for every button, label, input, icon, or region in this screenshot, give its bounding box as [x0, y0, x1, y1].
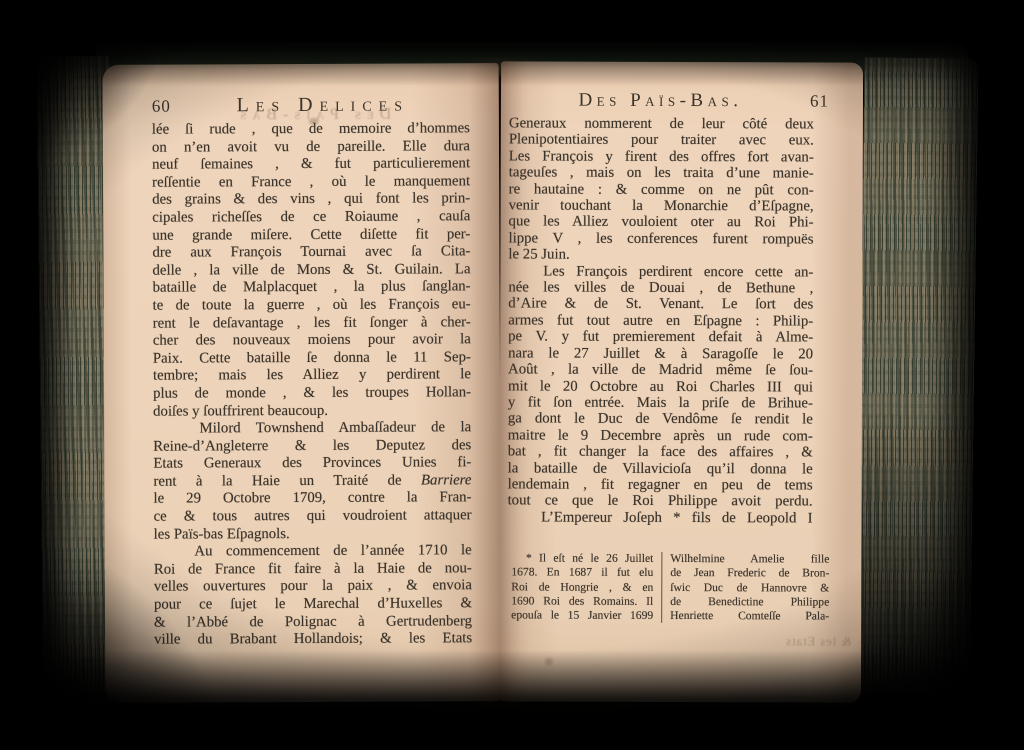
footnote-column-1: * Il eſt né le 26 Juillet1678. En 1687 i…: [511, 552, 661, 624]
page-61-header: Des Païs-Bas. 61: [511, 89, 829, 112]
text-line: bat , fit changer la face des affaires ,…: [508, 444, 813, 461]
text-line: Wilhelmine Amelie fille: [670, 552, 829, 567]
text-line: des grains & des vins , qui font les pri…: [152, 191, 470, 210]
text-line: velles ouvertures pour la paix , & envoi…: [154, 578, 472, 597]
text-line: mit le 20 Octobre au Roi Charles III qui: [508, 378, 813, 395]
text-line: cher des nouveaux moiens pour avoir la: [153, 331, 471, 350]
text-line: armes fut tout autre en Eſpagne : Philip…: [508, 312, 813, 329]
text-line: Au commencement de l’année 1710 le: [154, 543, 472, 562]
text-line: neuf ſemaines , & fut particulierement: [152, 155, 470, 174]
text-line: nara le 27 Juillet & à Saragoſſe le 20: [508, 345, 813, 362]
text-line: Les François y firent des offres fort av…: [509, 148, 814, 165]
text-line: plus de monde , & les troupes Hollan-: [153, 384, 471, 403]
text-line: une grande miſere. Cette diſette fit per…: [152, 226, 470, 245]
text-line: née les villes de Douai , de Bethune ,: [508, 279, 813, 296]
text-line: tageuſes , mais on les traita d’une mani…: [509, 165, 814, 182]
text-line: L’Empereur Joſeph * fils de Leopold I: [507, 509, 812, 526]
footnote-column-2: Wilhelmine Amelie fillede Jean Frederic …: [661, 552, 829, 624]
page-60-header: 60 Les Delices: [152, 93, 475, 117]
text-line: on n’en avoit vu de pareille. Elle dura: [152, 138, 470, 157]
running-title-right: Des Païs-Bas.: [511, 89, 810, 112]
text-line: delle , la ville de Mons & St. Guilain. …: [152, 261, 470, 280]
text-line: Generaux nommerent de leur côté deux: [509, 115, 814, 132]
footnote: * Il eſt né le 26 Juillet1678. En 1687 i…: [511, 552, 829, 624]
page-61-text: Generaux nommerent de leur côté deuxPlen…: [507, 115, 813, 526]
page-60-surface: Des Païs-Bas 60 Les Delices lée ſi rude …: [103, 93, 502, 733]
text-line: tout ce que le Roi Philippe avoit perdu.: [508, 493, 813, 510]
text-line: y fit ſon entrée. Mais la priſe de Brihu…: [508, 394, 813, 411]
text-line: Roi de France fit faire à la Haie de nou…: [154, 560, 472, 579]
text-line: Les François perdirent encore cette an-: [508, 263, 813, 280]
text-line: de Benedictine Philippe: [670, 595, 829, 610]
page-61: & les Etats Des Païs-Bas. 61 Generaux no…: [499, 61, 863, 702]
text-line: reſſentie en France , où le manquement: [152, 173, 470, 192]
italic-word: Barriere: [421, 472, 471, 488]
text-line: cipales richeſſes de ce Roiaume , cauſa: [152, 208, 470, 227]
text-line: ga dont le Duc de Vendôme ſe rendit le: [508, 411, 813, 428]
text-line: epouſa le 15 Janvier 1699: [511, 608, 653, 623]
text-line: Roi de Hongrie , & en: [511, 580, 653, 595]
text-line: lée ſi rude , que de memoire d’hommes: [152, 120, 470, 139]
text-line: Milord Townshend Ambaſſadeur de la: [153, 419, 471, 438]
text-line: rent à la Haie un Traité de Barriere: [153, 472, 471, 491]
paragraph: Les François perdirent encore cette an-n…: [508, 263, 814, 510]
text-line: re hautaine : & comme on ne pût con-: [509, 181, 814, 198]
paragraph: Milord Townshend Ambaſſadeur de laReine-…: [153, 419, 472, 544]
text-line: & l’Abbé de Polignac à Gertrudenberg: [154, 613, 472, 632]
text-line: le 29 Octobre 1709, contre la Fran-: [153, 490, 471, 509]
paragraph: L’Empereur Joſeph * fils de Leopold I: [507, 509, 812, 526]
text-line: ſwic Duc de Hannovre &: [670, 581, 829, 596]
paragraph: Generaux nommerent de leur côté deuxPlen…: [508, 115, 814, 264]
text-line: venir touchant la Monarchie d’Eſpagne,: [509, 197, 814, 214]
text-line: ville du Brabant Hollandois; & les Etats: [154, 630, 472, 649]
text-line: bataille de Malplacquet , la plus ſangla…: [153, 279, 471, 298]
stain: [545, 658, 553, 666]
page-number-60: 60: [152, 97, 171, 117]
text-line: le 25 Juin.: [508, 247, 813, 264]
text-line: Henriette Comteſſe Pala-: [670, 609, 829, 624]
text-line: tembre; mais les Alliez y perdirent le: [153, 367, 471, 386]
paragraph: lée ſi rude , que de memoire d’hommeson …: [152, 120, 471, 420]
text-line: lippe V , les conferences furent rompuës: [508, 230, 813, 247]
paragraph: Au commencement de l’année 1710 leRoi de…: [154, 543, 472, 650]
page-60-text: lée ſi rude , que de memoire d’hommeson …: [152, 120, 472, 649]
text-line: pour ce ſujet le Marechal d’Huxelles &: [154, 595, 472, 614]
page-number-61: 61: [810, 91, 829, 111]
fore-edge-right: [856, 57, 979, 695]
text-line: d’Aire & de St. Venant. Le ſort des: [508, 296, 813, 313]
book-photo: Des Païs-Bas 60 Les Delices lée ſi rude …: [0, 0, 1024, 750]
page-61-surface: & les Etats Des Païs-Bas. 61 Generaux no…: [499, 89, 863, 730]
text-line: Paix. Cette bataille ſe donna le 11 Sep-: [153, 349, 471, 368]
page-60: Des Païs-Bas 60 Les Delices lée ſi rude …: [103, 63, 502, 703]
text-line: lendemain , fit regagner en peu de tems: [508, 476, 813, 493]
text-line: te de toute la guerre , où les François …: [153, 296, 471, 315]
text-line: Etats Generaux des Provinces Unies fi-: [153, 455, 471, 474]
text-line: rent le deſavantage , les fit ſonger à c…: [153, 314, 471, 333]
running-title-left: Les Delices: [171, 93, 475, 117]
text-line: * Il eſt né le 26 Juillet: [511, 552, 653, 567]
text-line: doiſes y ſouffrirent beaucoup.: [153, 402, 471, 421]
text-line: ce & tous autres qui voudroient attaquer: [154, 507, 472, 526]
text-line: Plenipotentiaires pour traiter avec eux.: [509, 132, 814, 149]
show-through-text: & les Etats: [661, 634, 851, 650]
text-line: pe V. y fut premierement defait à Alme-: [508, 329, 813, 346]
text-line: Août , la ville de Madrid même ſe ſou-: [508, 361, 813, 378]
text-line: 1690 Roi des Romains. Il: [511, 594, 653, 609]
text-line: que les Alliez vouloient oter au Roi Phi…: [509, 214, 814, 231]
text-line: maitre le 9 Decembre après un rude com-: [508, 427, 813, 444]
text-line: dre aux François Tournai avec ſa Cita-: [152, 243, 470, 262]
text-line: Reine-d’Angleterre & les Deputez des: [153, 437, 471, 456]
text-line: les Païs-bas Eſpagnols.: [154, 525, 472, 544]
text-line: la bataille de Villavicioſa qu’il donna …: [508, 460, 813, 477]
text-line: de Jean Frederic de Bron-: [670, 566, 829, 581]
text-line: 1678. En 1687 il fut elu: [511, 566, 653, 581]
